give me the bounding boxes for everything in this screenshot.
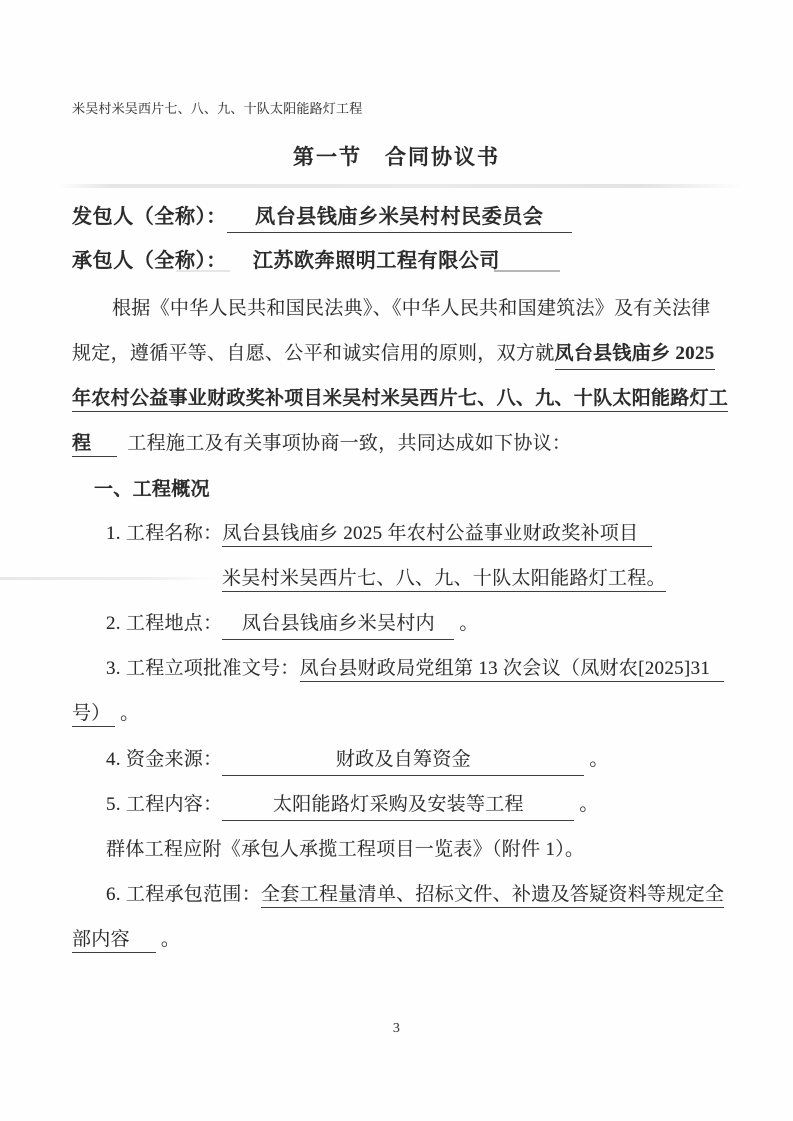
preamble-line-2-text: 规定，遵循平等、自愿、公平和诚实信用的原则，双方就 <box>72 341 555 367</box>
item-contract-scope-period: 。 <box>161 929 180 950</box>
overview-heading: 一、工程概况 <box>94 477 210 503</box>
preamble-line-4-underlined-value: 程 <box>72 433 117 457</box>
section-title: 第一节 合同协议书 <box>0 144 793 170</box>
page-number: 3 <box>0 1016 793 1042</box>
item-project-location-period: 。 <box>459 613 478 634</box>
employer-value: 凤台县钱庙乡米吴村村民委员会 <box>227 204 572 233</box>
item-project-name: 1. 工程名称：凤台县钱庙乡 2025 年农村公益事业财政奖补项目 <box>106 521 652 547</box>
employer-label: 发包人（全称）： <box>72 206 227 228</box>
item-project-name-continued: 米吴村米吴西片七、八、九、十队太阳能路灯工程。 <box>222 566 666 592</box>
item-project-content-value: 太阳能路灯采购及安装等工程 <box>222 792 574 821</box>
preamble-line-2: 规定，遵循平等、自愿、公平和诚实信用的原则，双方就 凤台县钱庙乡 2025 <box>72 341 712 370</box>
item-funding-source-value: 财政及自筹资金 <box>222 747 584 776</box>
item-project-content: 5. 工程内容：太阳能路灯采购及安装等工程。 <box>106 792 599 821</box>
item-project-content-label: 5. 工程内容： <box>106 794 222 815</box>
preamble-line-4: 程工程施工及有关事项协商一致，共同达成如下协议： <box>72 431 571 457</box>
scan-streak-artifact <box>58 184 742 188</box>
preamble-line-4-text: 工程施工及有关事项协商一致，共同达成如下协议： <box>127 433 571 454</box>
item-project-location-label: 2. 工程地点： <box>106 613 222 634</box>
item-approval-number-value-line2: 号） <box>72 703 115 727</box>
group-project-note: 群体工程应附《承包人承揽工程项目一览表》（附件 1）。 <box>106 837 584 863</box>
employer-row: 发包人（全称）：凤台县钱庙乡米吴村村民委员会 <box>72 204 572 233</box>
item-approval-number-label: 3. 工程立项批准文号： <box>106 658 300 679</box>
contractor-label: 承包人（全称）： <box>72 250 227 272</box>
item-contract-scope-value-line2: 部内容 <box>72 929 156 953</box>
preamble-line-2-underlined-value: 凤台县钱庙乡 2025 <box>555 341 715 370</box>
scan-streak-artifact <box>0 577 218 580</box>
item-project-name-value-line2: 米吴村米吴西片七、八、九、十队太阳能路灯工程。 <box>222 568 666 592</box>
item-contract-scope-value-line1: 全套工程量清单、招标文件、补遗及答疑资料等规定全 <box>261 884 724 908</box>
item-contract-scope: 6. 工程承包范围：全套工程量清单、招标文件、补遗及答疑资料等规定全 <box>106 882 724 908</box>
item-approval-number-continued: 号）。 <box>72 701 139 727</box>
item-project-location: 2. 工程地点：凤台县钱庙乡米吴村内。 <box>106 611 479 640</box>
item-project-content-period: 。 <box>579 794 598 815</box>
item-approval-number: 3. 工程立项批准文号：凤台县财政局党组第 13 次会议（凤财农[2025]31 <box>106 656 724 682</box>
preamble-line-3-underlined-value: 年农村公益事业财政奖补项目米吴村米吴西片七、八、九、十队太阳能路灯工 <box>72 388 728 412</box>
preamble-line-1: 根据《中华人民共和国民法典》、《中华人民共和国建筑法》及有关法律 <box>112 296 711 322</box>
item-approval-number-period: 。 <box>120 703 139 724</box>
running-header: 米吴村米吴西片七、八、九、十队太阳能路灯工程 <box>72 96 362 122</box>
contractor-value: 江苏欧奔照明工程有限公司 <box>227 250 500 272</box>
item-funding-source-label: 4. 资金来源： <box>106 749 222 770</box>
item-funding-source: 4. 资金来源：财政及自筹资金。 <box>106 747 609 776</box>
preamble-line-3: 年农村公益事业财政奖补项目米吴村米吴西片七、八、九、十队太阳能路灯工 <box>72 386 728 412</box>
scanned-contract-page: 米吴村米吴西片七、八、九、十队太阳能路灯工程 第一节 合同协议书 发包人（全称）… <box>0 0 793 1121</box>
item-project-name-label: 1. 工程名称： <box>106 523 222 544</box>
item-funding-source-period: 。 <box>589 749 608 770</box>
contractor-row: 承包人（全称）：江苏欧奔照明工程有限公司 <box>72 248 500 274</box>
item-approval-number-value-line1: 凤台县财政局党组第 13 次会议（凤财农[2025]31 <box>300 658 725 682</box>
scan-streak-artifact <box>494 270 560 272</box>
item-contract-scope-continued: 部内容。 <box>72 927 180 953</box>
item-contract-scope-label: 6. 工程承包范围： <box>106 884 261 905</box>
item-project-name-value-line1: 凤台县钱庙乡 2025 年农村公益事业财政奖补项目 <box>222 523 652 547</box>
item-project-location-value: 凤台县钱庙乡米吴村内 <box>222 611 454 640</box>
